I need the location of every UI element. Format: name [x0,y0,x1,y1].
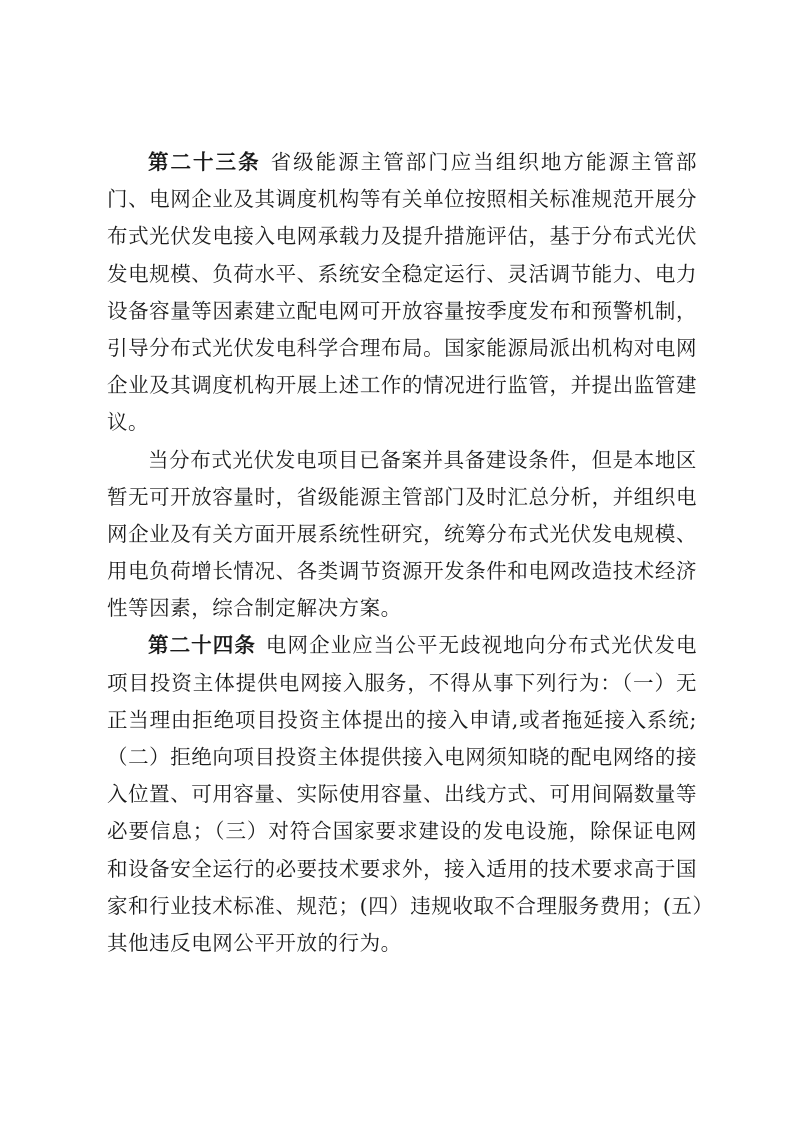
line-text: 省级能源主管部门应当组织地方能源主管部 [271,150,697,174]
document-page: 第二十三条省级能源主管部门应当组织地方能源主管部 门、电网企业及其调度机构等有关… [107,144,697,962]
text-line: 入位置、可用容量、实际使用容量、出线方式、可用间隔数量等 [107,776,697,813]
text-line: 其他违反电网公平开放的行为。 [107,925,697,962]
text-line: 门、电网企业及其调度机构等有关单位按照相关标准规范开展分 [107,181,697,218]
text-line: 当分布式光伏发电项目已备案并具备建设条件，但是本地区 [107,442,697,479]
text-line: 暂无可开放容量时，省级能源主管部门及时汇总分析，并组织电 [107,479,697,516]
text-line: 议。 [107,404,697,441]
article-heading: 第二十三条 [148,150,261,174]
text-line: 引导分布式光伏发电科学合理布局。国家能源局派出机构对电网 [107,330,697,367]
text-line: 家和行业技术标准、规范；(四）违规收取不合理服务费用；(五） [107,888,697,925]
article-24-paragraph-1: 第二十四条电网企业应当公平无歧视地向分布式光伏发电 项目投资主体提供电网接入服务… [107,627,697,962]
text-line: 项目投资主体提供电网接入服务，不得从事下列行为：（一）无 [107,665,697,702]
text-line: 布式光伏发电接入电网承载力及提升措施评估，基于分布式光伏 [107,218,697,255]
text-line: 必要信息；（三）对符合国家要求建设的发电设施，除保证电网 [107,813,697,850]
article-23-paragraph-2: 当分布式光伏发电项目已备案并具备建设条件，但是本地区 暂无可开放容量时，省级能源… [107,442,697,628]
article-23-paragraph-1: 第二十三条省级能源主管部门应当组织地方能源主管部 门、电网企业及其调度机构等有关… [107,144,697,442]
article-24: 第二十四条电网企业应当公平无歧视地向分布式光伏发电 项目投资主体提供电网接入服务… [107,627,697,962]
text-line: 正当理由拒绝项目投资主体提出的接入申请,或者拖延接入系统; [107,702,697,739]
text-line: 网企业及有关方面开展系统性研究，统筹分布式光伏发电规模、 [107,516,697,553]
text-line: 第二十三条省级能源主管部门应当组织地方能源主管部 [107,144,697,181]
text-line: （二）拒绝向项目投资主体提供接入电网须知晓的配电网络的接 [107,739,697,776]
line-text: 电网企业应当公平无歧视地向分布式光伏发电 [266,633,697,657]
text-line: 性等因素，综合制定解决方案。 [107,590,697,627]
text-line: 企业及其调度机构开展上述工作的情况进行监管，并提出监管建 [107,367,697,404]
text-line: 和设备安全运行的必要技术要求外，接入适用的技术要求高于国 [107,851,697,888]
text-line: 用电负荷增长情况、各类调节资源开发条件和电网改造技术经济 [107,553,697,590]
text-line: 第二十四条电网企业应当公平无歧视地向分布式光伏发电 [107,627,697,664]
article-heading: 第二十四条 [148,633,256,657]
text-line: 发电规模、负荷水平、系统安全稳定运行、灵活调节能力、电力 [107,256,697,293]
text-line: 设备容量等因素建立配电网可开放容量按季度发布和预警机制， [107,293,697,330]
article-23: 第二十三条省级能源主管部门应当组织地方能源主管部 门、电网企业及其调度机构等有关… [107,144,697,627]
